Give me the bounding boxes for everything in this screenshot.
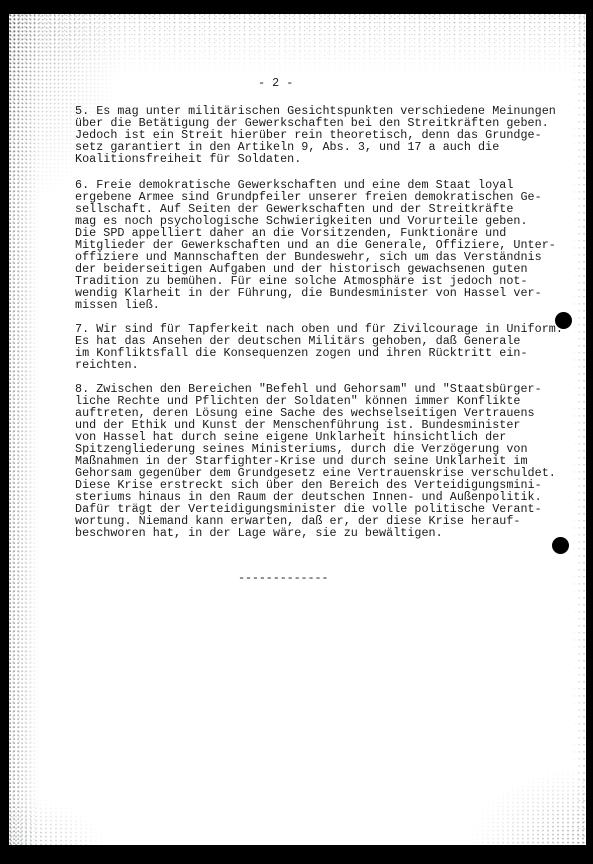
document-page: - 2 - 5. Es mag unter militärischen Gesi… bbox=[9, 14, 586, 845]
paragraph-8: 8. Zwischen den Bereichen "Befehl und Ge… bbox=[75, 383, 556, 539]
punch-hole-icon bbox=[552, 537, 569, 554]
paragraph-5: 5. Es mag unter militärischen Gesichtspu… bbox=[75, 105, 556, 165]
paragraph-line: Koalitionsfreiheit für Soldaten. bbox=[75, 152, 301, 166]
paragraph-line: im Konfliktsfall die Konsequenzen zogen … bbox=[75, 346, 528, 360]
page-number: - 2 - bbox=[258, 77, 293, 89]
paragraph-7: 7. Wir sind für Tapferkeit nach oben und… bbox=[75, 323, 563, 371]
paragraph-line: reichten. bbox=[75, 358, 139, 372]
scan-noise-corner-bottom-right bbox=[466, 765, 586, 845]
paragraph-line: missen ließ. bbox=[75, 298, 160, 312]
punch-hole-icon bbox=[555, 312, 572, 329]
paragraph-6: 6. Freie demokratische Gewerkschaften un… bbox=[75, 179, 556, 311]
scan-noise-right bbox=[572, 14, 586, 845]
paragraph-line: beschworen hat, in der Lage wäre, sie zu… bbox=[75, 526, 443, 540]
scan-noise-corner-bottom-left bbox=[9, 795, 109, 845]
end-separator: ------------- bbox=[238, 572, 328, 584]
